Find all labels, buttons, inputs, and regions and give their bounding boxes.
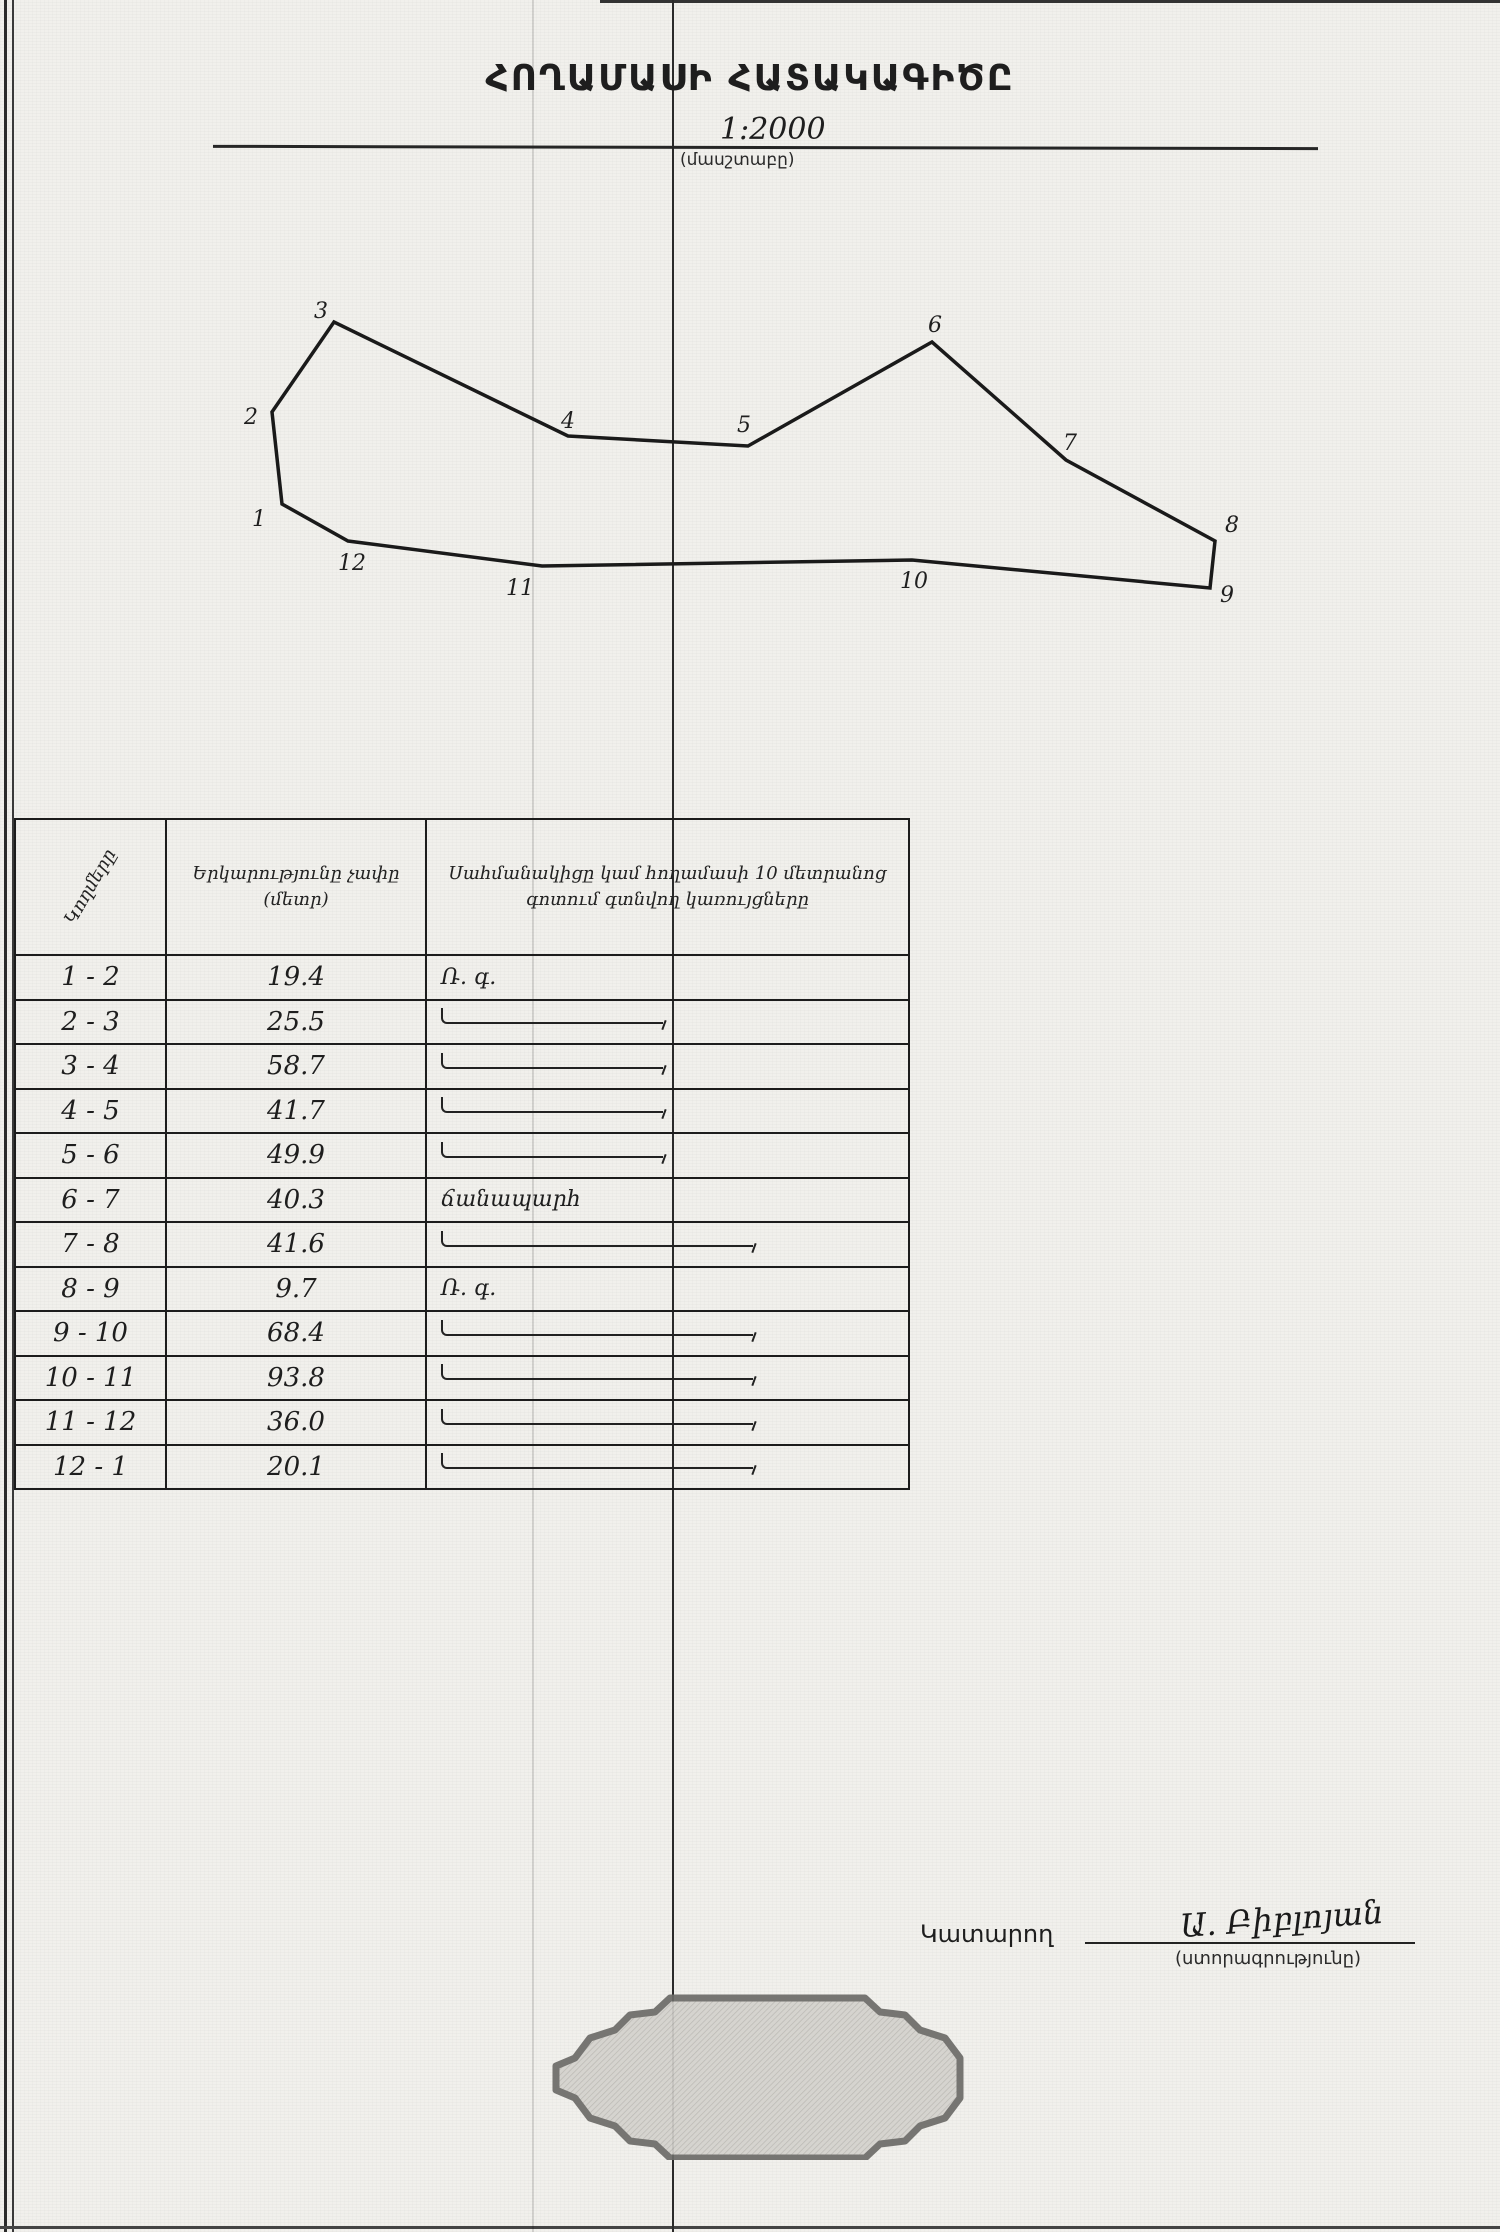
row-length: 68.4 bbox=[166, 1311, 426, 1356]
row-length: 19.4 bbox=[166, 955, 426, 1000]
vertex-label-2: 2 bbox=[243, 405, 258, 430]
row-length: 58.7 bbox=[166, 1044, 426, 1089]
boundary-table: Կողմերը Երկարությունը չափը (մետր) Սահման… bbox=[14, 818, 910, 1490]
vertex-label-5: 5 bbox=[737, 413, 751, 438]
vertex-label-8: 8 bbox=[1225, 513, 1239, 538]
row-neighbor-ditto bbox=[426, 1311, 909, 1356]
signature: Ա. Բիբլոյան bbox=[1179, 1893, 1385, 1945]
signature-line bbox=[1085, 1942, 1415, 1944]
executor-label: Կատարող bbox=[920, 1920, 1053, 1948]
row-side: 11 - 12 bbox=[15, 1400, 166, 1445]
row-length: 49.9 bbox=[166, 1133, 426, 1178]
table-row: 7 - 8 41.6 bbox=[15, 1222, 909, 1267]
table-header-row: Կողմերը Երկարությունը չափը (մետր) Սահման… bbox=[15, 819, 909, 955]
scan-border-bottom bbox=[0, 2226, 1500, 2229]
row-side: 10 - 11 bbox=[15, 1356, 166, 1401]
row-side: 8 - 9 bbox=[15, 1267, 166, 1312]
signature-caption: (ստորագրությունը) bbox=[1175, 1948, 1361, 1969]
row-side: 2 - 3 bbox=[15, 1000, 166, 1045]
vertex-label-1: 1 bbox=[252, 507, 266, 532]
row-neighbor-ditto bbox=[426, 1222, 909, 1267]
vertex-label-4: 4 bbox=[560, 409, 575, 434]
ditto-mark-icon bbox=[441, 1364, 753, 1380]
row-neighbor-ditto bbox=[426, 1000, 909, 1045]
row-neighbor-ditto bbox=[426, 1400, 909, 1445]
row-neighbor-ditto bbox=[426, 1445, 909, 1490]
row-length: 41.7 bbox=[166, 1089, 426, 1134]
table-row: 3 - 4 58.7 bbox=[15, 1044, 909, 1089]
row-neighbor: Ռ. գ. bbox=[426, 955, 909, 1000]
header-side: Կողմերը bbox=[15, 819, 166, 955]
header-length: Երկարությունը չափը (մետր) bbox=[166, 819, 426, 955]
row-length: 20.1 bbox=[166, 1445, 426, 1490]
row-length: 40.3 bbox=[166, 1178, 426, 1223]
row-length: 25.5 bbox=[166, 1000, 426, 1045]
ditto-mark-icon bbox=[441, 1231, 753, 1247]
header-neighbor: Սահմանակիցը կամ հողամասի 10 մետրանոց գոտ… bbox=[426, 819, 909, 955]
table-row: 5 - 6 49.9 bbox=[15, 1133, 909, 1178]
row-side: 3 - 4 bbox=[15, 1044, 166, 1089]
vertex-label-11: 11 bbox=[506, 576, 534, 601]
stamp-icon bbox=[520, 1990, 980, 2160]
row-neighbor: ճանապարհ bbox=[426, 1178, 909, 1223]
ditto-mark-icon bbox=[441, 1409, 753, 1425]
row-side: 12 - 1 bbox=[15, 1445, 166, 1490]
table-row: 2 - 3 25.5 bbox=[15, 1000, 909, 1045]
land-plot-diagram: 1 2 3 4 5 6 7 8 9 10 11 12 bbox=[0, 0, 1500, 640]
table-row: 9 - 10 68.4 bbox=[15, 1311, 909, 1356]
table-row: 4 - 5 41.7 bbox=[15, 1089, 909, 1134]
table-row: 6 - 7 40.3 ճանապարհ bbox=[15, 1178, 909, 1223]
header-side-label: Կողմերը bbox=[58, 844, 122, 929]
table-row: 11 - 12 36.0 bbox=[15, 1400, 909, 1445]
row-side: 9 - 10 bbox=[15, 1311, 166, 1356]
row-neighbor-ditto bbox=[426, 1044, 909, 1089]
row-side: 1 - 2 bbox=[15, 955, 166, 1000]
vertex-label-10: 10 bbox=[900, 569, 928, 594]
row-length: 36.0 bbox=[166, 1400, 426, 1445]
ditto-mark-icon bbox=[441, 1053, 663, 1069]
row-length: 93.8 bbox=[166, 1356, 426, 1401]
row-neighbor: Ռ. գ. bbox=[426, 1267, 909, 1312]
ditto-mark-icon bbox=[441, 1097, 663, 1113]
row-length: 9.7 bbox=[166, 1267, 426, 1312]
table-row: 1 - 2 19.4 Ռ. գ. bbox=[15, 955, 909, 1000]
table-row: 10 - 11 93.8 bbox=[15, 1356, 909, 1401]
row-side: 6 - 7 bbox=[15, 1178, 166, 1223]
row-length: 41.6 bbox=[166, 1222, 426, 1267]
table-row: 8 - 9 9.7 Ռ. գ. bbox=[15, 1267, 909, 1312]
ditto-mark-icon bbox=[441, 1453, 753, 1469]
row-side: 5 - 6 bbox=[15, 1133, 166, 1178]
document-page: ՀՈՂԱՄԱՍԻ ՀԱՏԱԿԱԳԻԾԸ 1:2000 (մասշտաբը) 1 … bbox=[0, 0, 1500, 2232]
vertex-label-12: 12 bbox=[338, 551, 366, 576]
row-neighbor-ditto bbox=[426, 1356, 909, 1401]
ditto-mark-icon bbox=[441, 1142, 663, 1158]
ditto-mark-icon bbox=[441, 1320, 753, 1336]
vertex-label-9: 9 bbox=[1220, 583, 1234, 608]
vertex-label-3: 3 bbox=[314, 299, 328, 324]
table-row: 12 - 1 20.1 bbox=[15, 1445, 909, 1490]
row-neighbor-ditto bbox=[426, 1089, 909, 1134]
vertex-label-6: 6 bbox=[928, 313, 942, 338]
vertex-label-7: 7 bbox=[1063, 431, 1077, 456]
row-side: 4 - 5 bbox=[15, 1089, 166, 1134]
row-neighbor-ditto bbox=[426, 1133, 909, 1178]
row-side: 7 - 8 bbox=[15, 1222, 166, 1267]
ditto-mark-icon bbox=[441, 1008, 663, 1024]
